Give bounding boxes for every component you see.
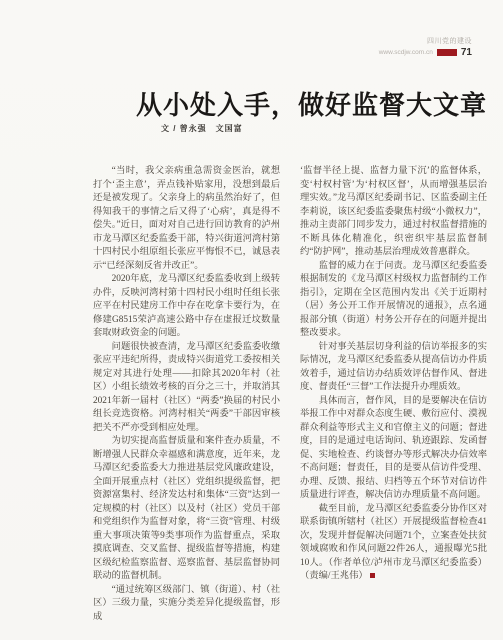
page-number: 71: [461, 47, 472, 58]
paragraph: “通过统筹区级部门、镇（街道）、村（社区）三级力量，实施分类差异化提级监督，形成: [93, 584, 280, 625]
paragraph: “当时，我父亲病重急需资金医治，就想打个‘歪主意’，弄点钱补贴家用，没想到最后还…: [93, 165, 280, 273]
paragraph-text: 截至目前，龙马潭区纪委监委分协作区对联系街镇所辖村（社区）开展提级监督检查41次…: [300, 504, 487, 582]
paragraph: 为切实提高监督质量和案件查办质量，不断增强人民群众幸福感和满意度，近年来，龙马潭…: [93, 435, 280, 584]
magazine-name: 四川党的建设: [379, 36, 472, 46]
magazine-page: 四川党的建设 www.scdjw.com.cn 71 从小处入手，做好监督大文章…: [0, 0, 503, 640]
paragraph: 2020年底，龙马潭区纪委监委收到上级转办件，反映河湾村第十四村民小组时任组长张…: [93, 273, 280, 341]
paragraph: 问题很快被查清，龙马潭区纪委监委收缴张应平违纪所得，责成特兴街道党工委按相关规定…: [93, 341, 280, 436]
left-column: “当时，我父亲病重急需资金医治，就想打个‘歪主意’，弄点钱补贴家用，没想到最后还…: [93, 165, 280, 624]
issue-badge: [437, 49, 457, 56]
paragraph: ‘监督半径上提、监督力量下沉’的监督体系，变‘村权村管’为‘村权区督’，从而增强…: [300, 165, 487, 260]
right-column: ‘监督半径上提、监督力量下沉’的监督体系，变‘村权村管’为‘村权区督’，从而增强…: [300, 165, 487, 584]
article-title: 从小处入手，做好监督大文章: [93, 91, 487, 120]
paragraph: 针对事关基层切身利益的信访举报多的实际情况，龙马潭区纪委监委从提高信访办件质效着…: [300, 341, 487, 395]
header-meta-row: www.scdjw.com.cn 71: [379, 47, 472, 58]
paragraph: 具体而言，督作风，目的是要解决在信访举报工作中对群众态度生硬、敷衍应付、漠视群众…: [300, 395, 487, 503]
article-byline: 文 / 曾永强 文国富: [161, 123, 243, 134]
magazine-website: www.scdjw.com.cn: [379, 49, 433, 56]
page-header: 四川党的建设 www.scdjw.com.cn 71: [379, 36, 472, 58]
paragraph: 截至目前，龙马潭区纪委监委分协作区对联系街镇所辖村（社区）开展提级监督检查41次…: [300, 503, 487, 584]
paragraph: 监督的威力在于问责。龙马潭区纪委监委根据制发的《龙马潭区村级权力监督制约工作指引…: [300, 260, 487, 341]
article-end-mark: [370, 573, 375, 578]
